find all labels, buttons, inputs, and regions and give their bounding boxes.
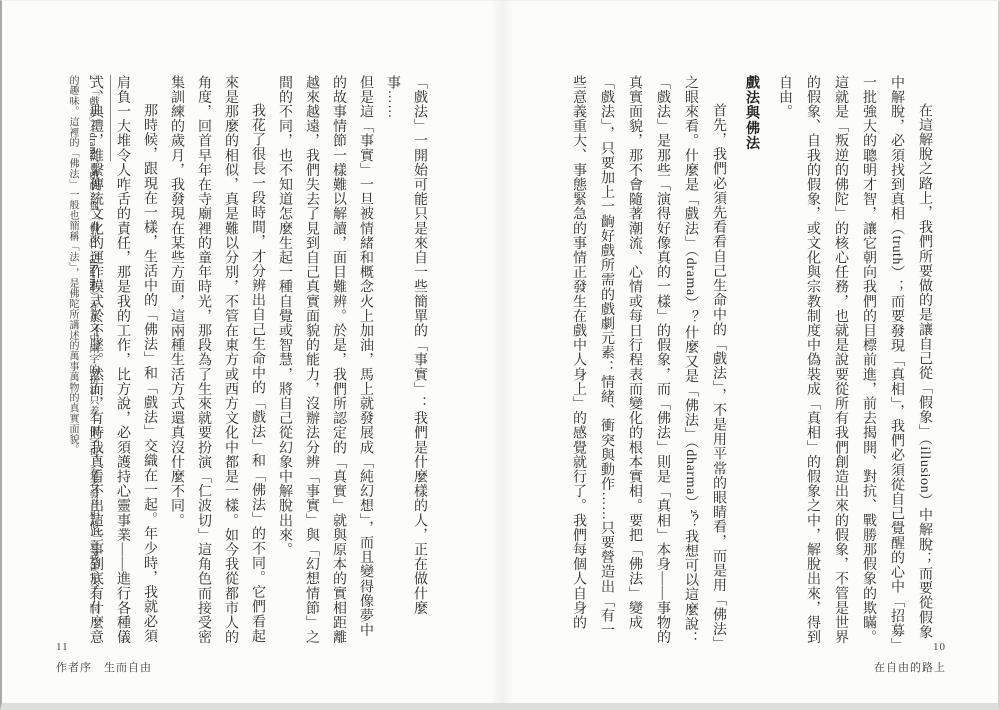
footnote-column: 的趣味。這裡的「佛法」一般也簡稱「法」，是佛陀所講述的萬事萬物的真實面貌。 <box>62 75 82 651</box>
text-column: 集訓練的歲月，我發現在某些方面，這兩種生活方式還真沒什麼不同。 <box>163 75 190 651</box>
text-column: 的假象、自我的假象，或文化與宗教制度中偽裝成「真相」的假象之中，解脫出來，得到 <box>798 75 826 651</box>
text-column: 些意義重大、事態緊急的事情正發生在戲中人身上」的感覺就行了。我們每個人自身的 <box>564 75 592 651</box>
text-column: 真實面貌，那不會隨著潮流、心情或每日行程表而變化的根本實相。要把「佛法」變成 <box>620 75 648 651</box>
book-spread: 在這解脫之路上，我們所要做的是讓自己從「假象」（illusion）中解脫；而要從… <box>0 0 1000 710</box>
text-column: 首先，我們必須先看看自己生命中的「戲法」，不是用平常的眼睛看，而是用「佛法」 <box>704 75 732 651</box>
text-column: 的故事情節一樣難以解讀，面目難辨。於是，我們所認定的「真實」就與原本的實相距離 <box>325 75 352 651</box>
left-page-footer: 11 作者序 生而自由 <box>56 641 152 675</box>
page-number: 10 <box>874 641 946 653</box>
text-column: 在這解脫之路上，我們所要做的是讓自己從「假象」（illusion）中解脫；而要從… <box>910 75 938 651</box>
text-column: 那時候，跟現在一樣，生活中的「佛法」和「戲法」交織在一起。年少時，我就必須 <box>136 75 163 651</box>
page-gutter-fold <box>490 1 514 703</box>
right-page-footer: 10 在自由的路上 <box>874 641 946 675</box>
text-column: 自由。 <box>770 75 798 651</box>
footnote-block: 2 「戲法」（drama，戲劇）與「佛法」（dharma）在英文中兩字的拼法只差… <box>62 75 102 651</box>
page-number: 11 <box>56 641 152 653</box>
text-column: 「戲法」，只要加上一齣好戲所需的戲劇元素：情緒、衝突與動作……只要營造出「有一 <box>592 75 620 651</box>
text-column: 肩負一大堆令人咋舌的責任，那是我的工作，比方說，必須護持心靈事業——進行各種儀 <box>109 75 136 651</box>
footnote-column: 2 「戲法」（drama，戲劇）與「佛法」（dharma）在英文中兩字的拼法只差… <box>82 75 102 651</box>
text-column: 之眼來看。什麼是「戲法」（drama）？什麼又是「佛法」（dharma）²？我想… <box>676 75 704 651</box>
text-column: 一批強大的聰明才智，讓它朝向我們的目標前進，前去揭開、對抗、戰勝那假象的欺瞞。 <box>854 75 882 651</box>
section-heading: 戲法與佛法 <box>737 75 765 651</box>
right-page-body: 在這解脫之路上，我們所要做的是讓自己從「假象」（illusion）中解脫；而要從… <box>564 75 938 651</box>
text-column: 我花了很長一段時間，才分辨出自己生命中的「戲法」和「佛法」的不同。它們看起 <box>244 75 271 651</box>
text-column: 中解脫，必須找到真相（truth）；而要發現「真相」，我們必須從自己覺醒的心中「… <box>882 75 910 651</box>
text-column: 這就是「叛逆的佛陀」的核心任務，也就是說要從所有我們創造出來的假象，不管是世界 <box>826 75 854 651</box>
text-column: 但是這「事實」一旦被情緒和概念火上加油，馬上就發展成「純幻想」，而且變得像夢中 <box>352 75 379 651</box>
text-column: 來是那麼的相似，真是難以分別，不管在東方或西方文化中都是一樣。如今我從都市人的 <box>217 75 244 651</box>
footnote-separator-rule <box>110 75 111 161</box>
text-column: 間的不同，也不知道怎麼生起一種自覺或智慧，將自己從幻象中解脫出來。 <box>271 75 298 651</box>
text-column: 「戲法」是那些「演得好像真的一樣」的假象，而「佛法」則是「真相」本身——事物的 <box>648 75 676 651</box>
text-column: 「戲法」一開始可能只是來自一些簡單的「事實」：我們是什麼樣的人，正在做什麼事…… <box>379 75 433 651</box>
text-column: 越來越遠，我們失去了見到自己真實面貌的能力，沒辦法分辨「事實」與「幻想情節」之 <box>298 75 325 651</box>
running-title: 作者序 生而自由 <box>56 659 152 675</box>
left-page-body: 「戲法」一開始可能只是來自一些簡單的「事實」：我們是什麼樣的人，正在做什麼事……… <box>82 75 433 651</box>
running-title: 在自由的路上 <box>874 659 946 675</box>
text-column: 角度，回首早年在寺廟裡的童年時光，那段為了生來就要扮演「仁波切」這角色而接受密 <box>190 75 217 651</box>
